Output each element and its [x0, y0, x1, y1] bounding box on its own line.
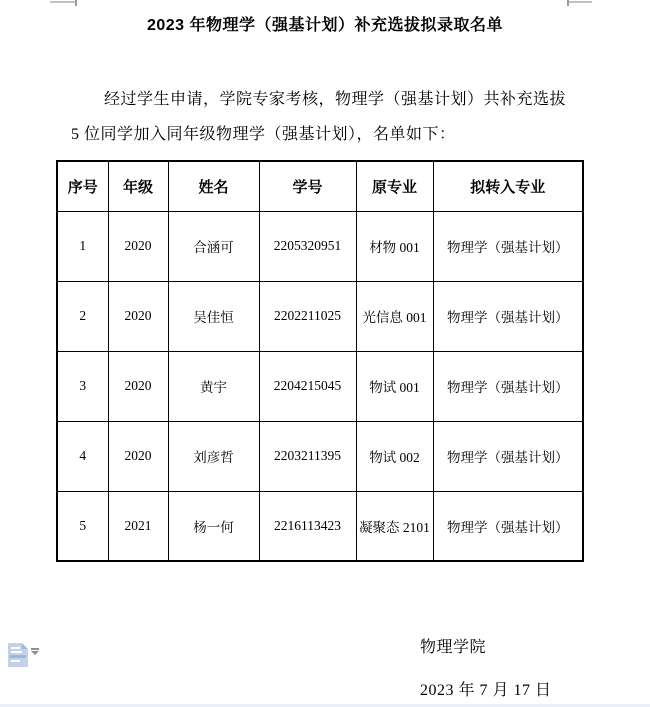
- signature-block: 物理学院 2023 年 7 月 17 日: [420, 626, 552, 707]
- doc-line-decor: [11, 651, 22, 653]
- table-cell: 4: [57, 421, 108, 491]
- table-cell: 3: [57, 351, 108, 421]
- table-cell: 2020: [108, 211, 168, 281]
- table-cell: 2204215045: [259, 351, 356, 421]
- table-cell: 5: [57, 491, 108, 561]
- table-cell: 2205320951: [259, 211, 356, 281]
- signature-date: 2023 年 7 月 17 日: [420, 669, 552, 707]
- page-fold-icon: [22, 643, 28, 649]
- table-cell: 凝聚态 2101: [356, 491, 433, 561]
- table-cell: 2020: [108, 281, 168, 351]
- paragraph-line-1: 经过学生申请，学院专家考核，物理学（强基计划）共补充选拔: [71, 82, 585, 117]
- paragraph-line-2: 5 位同学加入同年级物理学（强基计划），名单如下：: [71, 117, 585, 152]
- signature-org: 物理学院: [420, 626, 552, 669]
- doc-line-decor: [11, 647, 20, 649]
- table-cell: 物理学（强基计划）: [433, 281, 583, 351]
- table-cell: 吴佳恒: [168, 281, 259, 351]
- table-row: 42020刘彦哲2203211395物试 002物理学（强基计划）: [57, 421, 583, 491]
- table-cell: 黄宇: [168, 351, 259, 421]
- table-cell: 杨一何: [168, 491, 259, 561]
- table-cell: 2216113423: [259, 491, 356, 561]
- admission-table: 序号年级姓名学号原专业拟转入专业 12020合涵可2205320951材物 00…: [56, 160, 584, 562]
- table-cell: 物试 001: [356, 351, 433, 421]
- table-cell: 物理学（强基计划）: [433, 211, 583, 281]
- table-cell: 物理学（强基计划）: [433, 351, 583, 421]
- ruler-mark-left: [50, 1, 77, 3]
- table-cell: 物理学（强基计划）: [433, 421, 583, 491]
- column-header: 序号: [57, 161, 108, 211]
- table-row: 32020黄宇2204215045物试 001物理学（强基计划）: [57, 351, 583, 421]
- table-row: 12020合涵可2205320951材物 001物理学（强基计划）: [57, 211, 583, 281]
- table-cell: 材物 001: [356, 211, 433, 281]
- doc-band-decor: [10, 655, 26, 658]
- column-header: 原专业: [356, 161, 433, 211]
- table-row: 52021杨一何2216113423凝聚态 2101物理学（强基计划）: [57, 491, 583, 561]
- ruler-mark-right: [568, 1, 592, 3]
- table-cell: 2: [57, 281, 108, 351]
- table-cell: 2203211395: [259, 421, 356, 491]
- table-cell: 物理学（强基计划）: [433, 491, 583, 561]
- table-header-row: 序号年级姓名学号原专业拟转入专业: [57, 161, 583, 211]
- table-cell: 刘彦哲: [168, 421, 259, 491]
- table-cell: 合涵可: [168, 211, 259, 281]
- table-cell: 物试 002: [356, 421, 433, 491]
- table-cell: 2202211025: [259, 281, 356, 351]
- table-cell: 1: [57, 211, 108, 281]
- column-header: 拟转入专业: [433, 161, 583, 211]
- table-cell: 光信息 001: [356, 281, 433, 351]
- caret-triangle: [31, 651, 39, 655]
- ruler-tick-icon: [567, 0, 569, 6]
- intro-paragraph: 经过学生申请，学院专家考核，物理学（强基计划）共补充选拔 5 位同学加入同年级物…: [71, 82, 585, 152]
- caret-bar: [31, 648, 39, 650]
- column-header: 姓名: [168, 161, 259, 211]
- caret-down-icon[interactable]: [30, 648, 40, 656]
- table-cell: 2020: [108, 421, 168, 491]
- doc-line-decor: [11, 660, 20, 662]
- column-header: 年级: [108, 161, 168, 211]
- table-row: 22020吴佳恒2202211025光信息 001物理学（强基计划）: [57, 281, 583, 351]
- document-title: 2023 年物理学（强基计划）补充选拔拟录取名单: [0, 12, 650, 35]
- document-page: { "title": "2023 年物理学（强基计划）补充选拔拟录取名单", "…: [0, 0, 650, 707]
- document-margin-icon[interactable]: [8, 643, 28, 667]
- column-header: 学号: [259, 161, 356, 211]
- table-cell: 2020: [108, 351, 168, 421]
- ruler-tick-icon: [75, 0, 77, 6]
- table-cell: 2021: [108, 491, 168, 561]
